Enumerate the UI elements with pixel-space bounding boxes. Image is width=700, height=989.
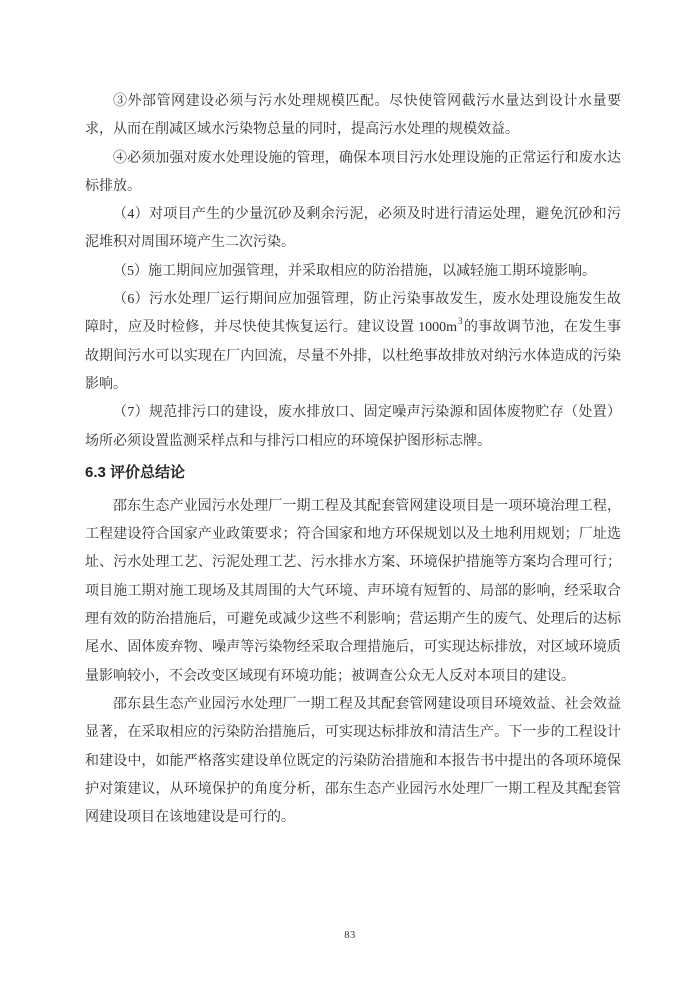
paragraph-conclusion-2: 邵东县生态产业园污水处理厂一期工程及其配套管网建设项目环境效益、社会效益显著，在…	[85, 691, 621, 832]
paragraph-item7-outfall-signage: （7）规范排污口的建设，废水排放口、固定噪声污染源和固体废物贮存（处置）场所必须…	[85, 399, 621, 456]
paragraph-circle3-external-pipe-network: ③外部管网建设必须与污水处理规模匹配。尽快使管网截污水量达到设计水量要求，从而在…	[85, 88, 621, 145]
cubic-meter-superscript: 3	[457, 316, 464, 326]
paragraph-item4-sludge-disposal: （4）对项目产生的少量沉砂及剩余污泥，必须及时进行清运处理，避免沉砂和污泥堆积对…	[85, 201, 621, 258]
page-number: 83	[0, 930, 700, 941]
section-heading-6-3-overall-conclusion: 6.3 评价总结论	[85, 459, 621, 487]
paragraph-circle4-wastewater-facility-management: ④必须加强对废水处理设施的管理，确保本项目污水处理设施的正常运行和废水达标排放。	[85, 145, 621, 202]
paragraph-conclusion-1: 邵东生态产业园污水处理厂一期工程及其配套管网建设项目是一项环境治理工程，工程建设…	[85, 493, 621, 691]
paragraph-item6-accident-basin: （6）污水处理厂运行期间应加强管理，防止污染事故发生，废水处理设施发生故障时，应…	[85, 286, 621, 399]
page-body: ③外部管网建设必须与污水处理规模匹配。尽快使管网截污水量达到设计水量要求，从而在…	[0, 0, 700, 832]
document-page: ③外部管网建设必须与污水处理规模匹配。尽快使管网截污水量达到设计水量要求，从而在…	[0, 0, 700, 989]
paragraph-item5-construction-management: （5）施工期间应加强管理，并采取相应的防治措施，以减轻施工期环境影响。	[85, 258, 621, 286]
